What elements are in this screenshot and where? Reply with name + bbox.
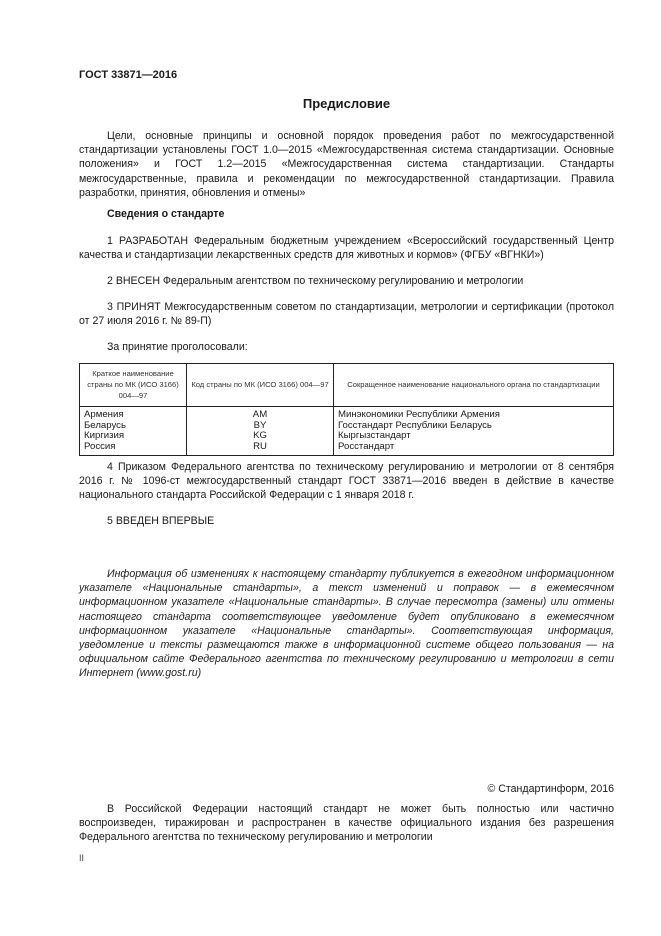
country-name: Армения xyxy=(80,407,187,421)
item-first-introduced: 5 ВВЕДЕН ВПЕРВЫЕ xyxy=(79,514,614,528)
page-title: Предисловие xyxy=(0,96,661,111)
header-country-code: Код страны по МК (ИСО 3166) 004—97 xyxy=(187,364,334,407)
item-adopted: 3 ПРИНЯТ Межгосударственным советом по с… xyxy=(79,300,614,328)
item-submitted: 2 ВНЕСЕН Федеральным агентством по техни… xyxy=(79,274,614,288)
country-code: AM xyxy=(187,407,334,421)
amendments-info-notice: Информация об изменениях к настоящему ст… xyxy=(79,567,614,681)
item-enacted: 4 Приказом Федерального агентства по тех… xyxy=(79,460,614,503)
item-developed: 1 РАЗРАБОТАН Федеральным бюджетным учреж… xyxy=(79,234,614,262)
national-body: Росстандарт xyxy=(334,442,614,456)
country-code: RU xyxy=(187,442,334,456)
page-number: II xyxy=(79,853,84,863)
national-body: Минэкономики Республики Армения xyxy=(334,407,614,421)
reproduction-legal-notice: В Российской Федерации настоящий стандар… xyxy=(79,802,614,845)
voting-countries-table: Краткое наименование страны по МК (ИСО 3… xyxy=(79,363,614,456)
header-country-name: Краткое наименование страны по МК (ИСО 3… xyxy=(80,364,187,407)
intro-paragraph: Цели, основные принципы и основной поряд… xyxy=(79,129,614,200)
table-row: Армения AM Минэкономики Республики Армен… xyxy=(80,407,614,421)
table-header-row: Краткое наименование страны по МК (ИСО 3… xyxy=(80,364,614,407)
section-heading: Сведения о стандарте xyxy=(107,208,224,220)
document-code: ГОСТ 33871—2016 xyxy=(79,69,177,81)
table-row: Россия RU Росстандарт xyxy=(80,442,614,456)
vote-intro: За принятие проголосовали: xyxy=(79,340,614,354)
country-name: Россия xyxy=(80,442,187,456)
copyright-line: © Стандартинформ, 2016 xyxy=(488,783,614,795)
header-national-body: Сокращенное наименование национального о… xyxy=(334,364,614,407)
